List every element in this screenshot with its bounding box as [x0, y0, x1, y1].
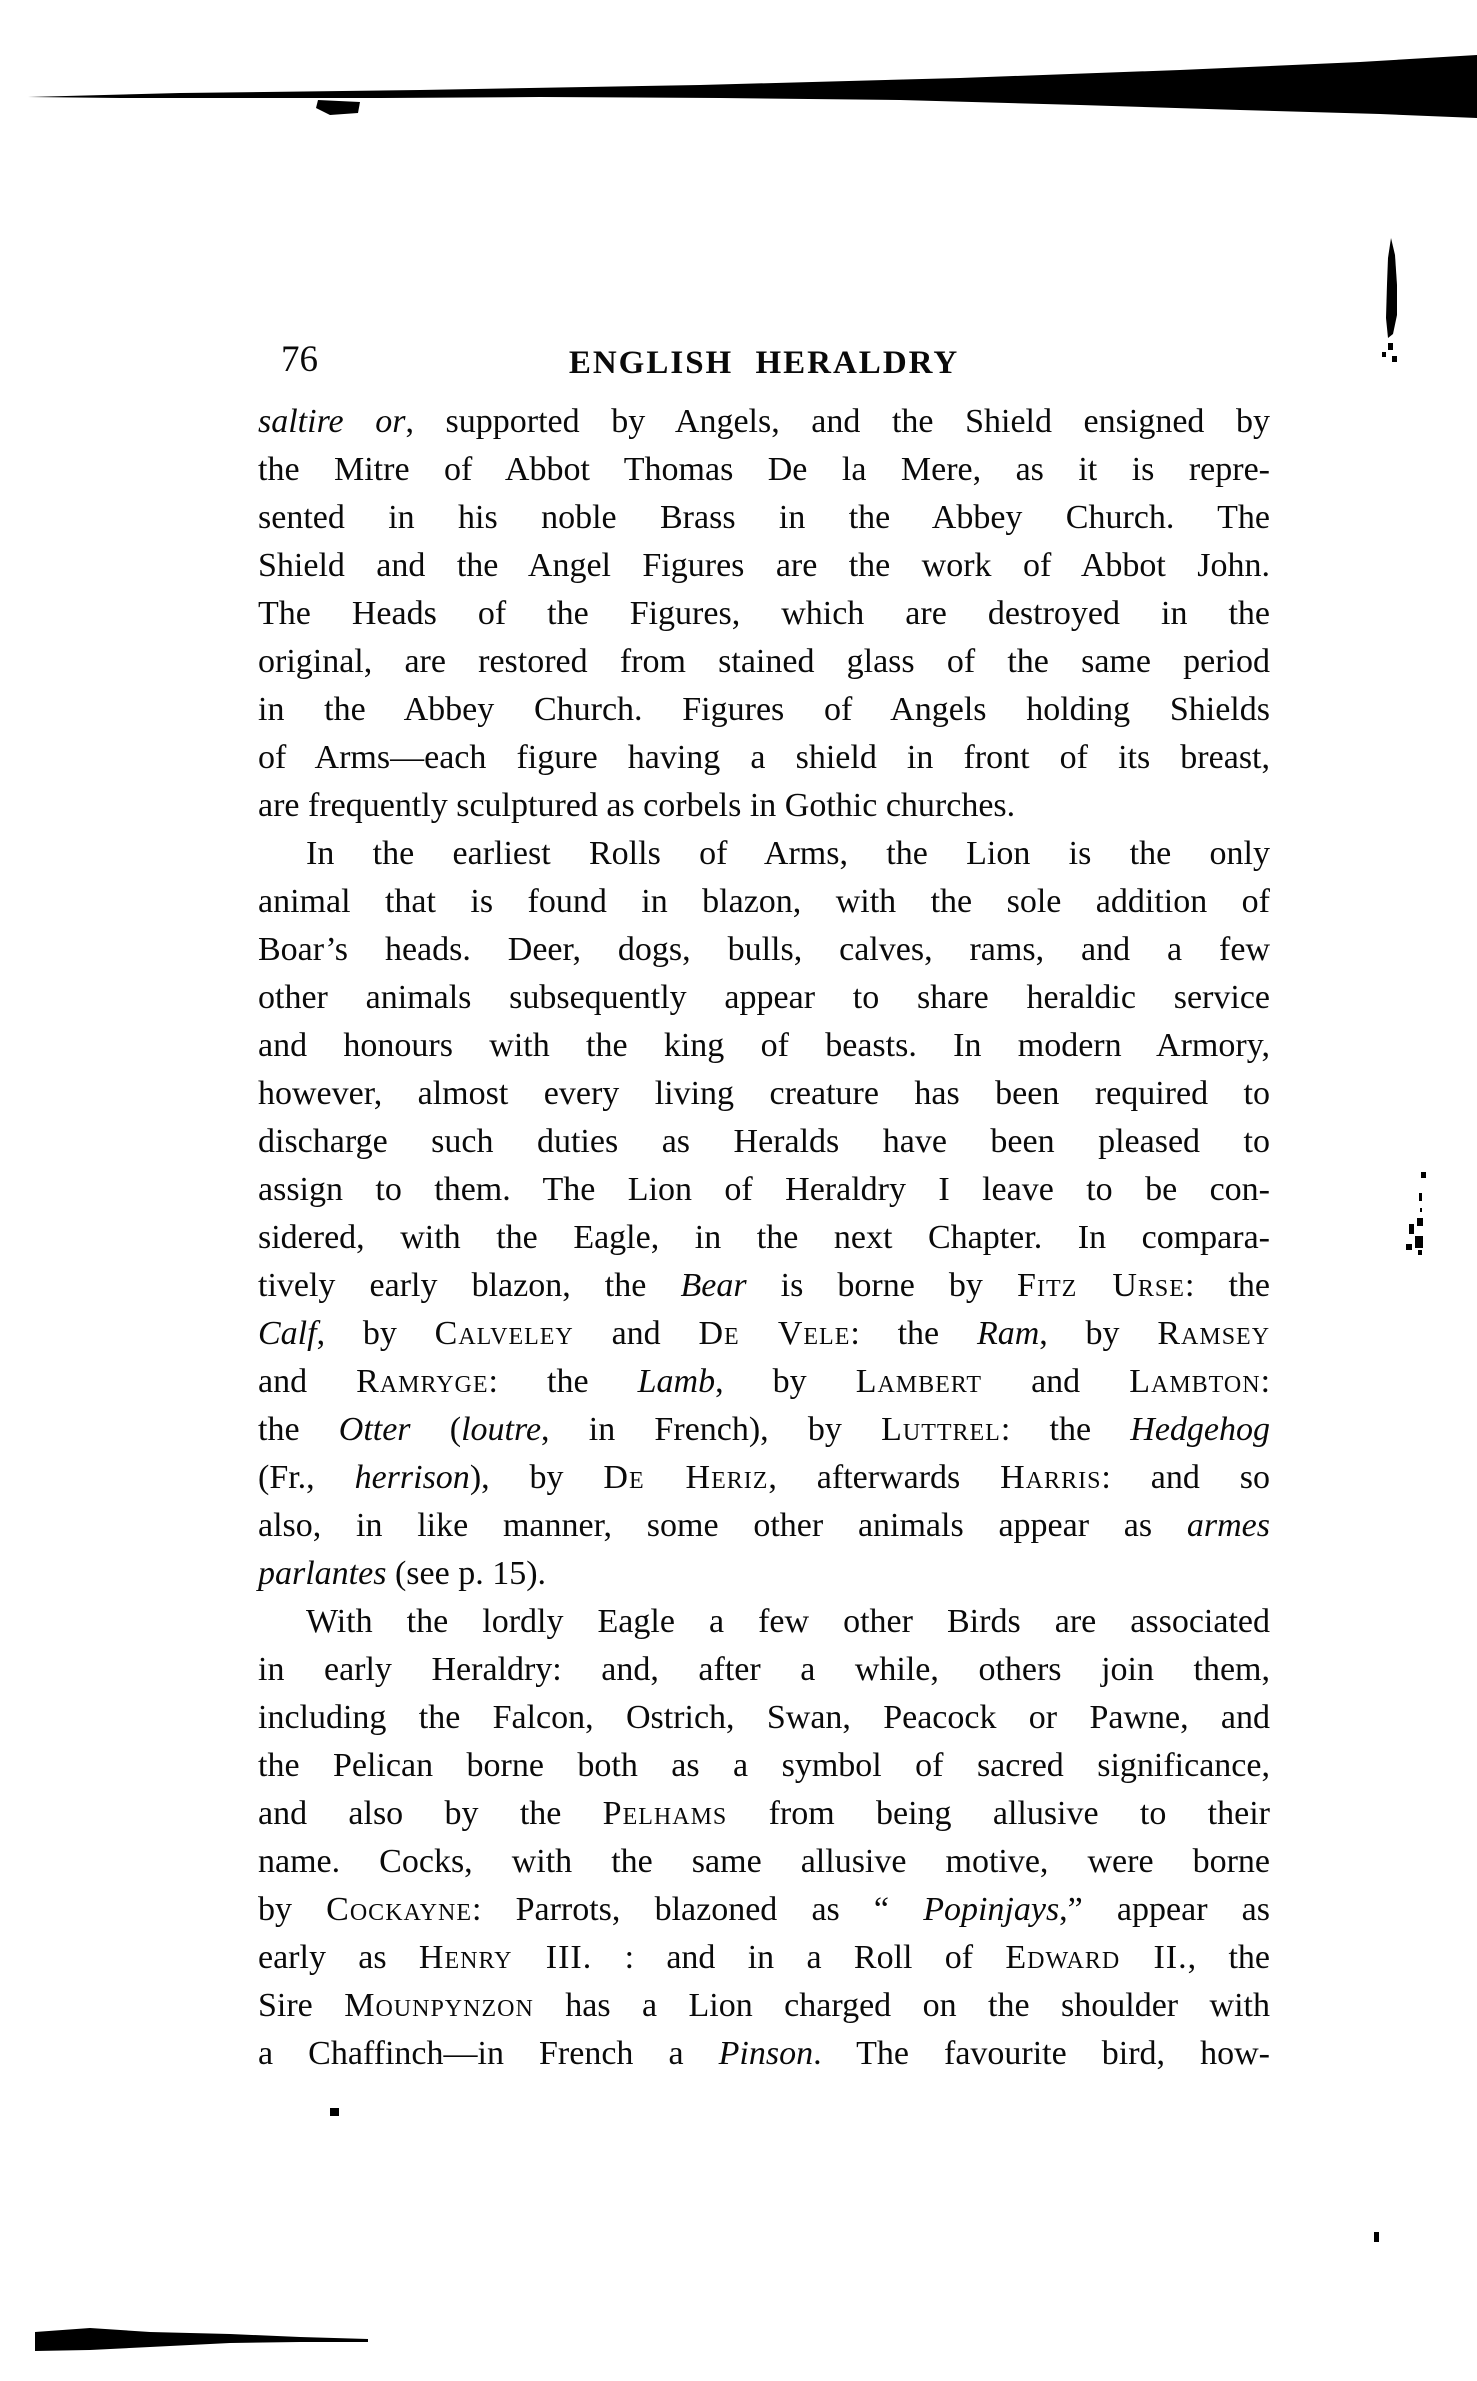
text-block: saltire or, supported by Angels, and the…: [258, 398, 1270, 2078]
text-line: Shield and the Angel Figures are the wor…: [258, 542, 1270, 590]
text-line: also, in like manner, some other animals…: [258, 1502, 1270, 1550]
text-line: parlantes (see p. 15).: [258, 1550, 1270, 1598]
text-line: sented in his noble Brass in the Abbey C…: [258, 494, 1270, 542]
text-line: original, are restored from stained glas…: [258, 638, 1270, 686]
running-title: ENGLISH HERALDRY: [258, 341, 1270, 385]
text-line: In the earliest Rolls of Arms, the Lion …: [258, 830, 1270, 878]
text-line: however, almost every living creature ha…: [258, 1070, 1270, 1118]
text-line: sidered, with the Eagle, in the next Cha…: [258, 1214, 1270, 1262]
margin-streak: [1386, 238, 1397, 338]
text-line: and also by the Pelhams from being allus…: [258, 1790, 1270, 1838]
text-line: animal that is found in blazon, with the…: [258, 878, 1270, 926]
text-line: Sire Mounpynzon has a Lion charged on th…: [258, 1982, 1270, 2030]
text-line: and honours with the king of beasts. In …: [258, 1022, 1270, 1070]
text-line: in the Abbey Church. Figures of Angels h…: [258, 686, 1270, 734]
text-line: the Otter (loutre, in French), by Luttre…: [258, 1406, 1270, 1454]
text-line: of Arms—each figure having a shield in f…: [258, 734, 1270, 782]
text-line: early as Henry III. : and in a Roll of E…: [258, 1934, 1270, 1982]
text-line: discharge such duties as Heralds have be…: [258, 1118, 1270, 1166]
text-line: the Pelican borne both as a symbol of sa…: [258, 1742, 1270, 1790]
text-line: in early Heraldry: and, after a while, o…: [258, 1646, 1270, 1694]
text-line: by Cockayne: Parrots, blazoned as “ Popi…: [258, 1886, 1270, 1934]
text-line: name. Cocks, with the same allusive moti…: [258, 1838, 1270, 1886]
text-line: saltire or, supported by Angels, and the…: [258, 398, 1270, 446]
text-line: With the lordly Eagle a few other Birds …: [258, 1598, 1270, 1646]
text-line: and Ramryge: the Lamb, by Lambert and La…: [258, 1358, 1270, 1406]
text-line: the Mitre of Abbot Thomas De la Mere, as…: [258, 446, 1270, 494]
text-line: a Chaffinch—in French a Pinson. The favo…: [258, 2030, 1270, 2078]
text-line: (Fr., herrison), by De Heriz, afterwards…: [258, 1454, 1270, 1502]
book-page: 76 ENGLISH HERALDRY saltire or, supporte…: [0, 0, 1477, 2381]
top-edge-shadow: [28, 55, 1477, 118]
text-line: are frequently sculptured as corbels in …: [258, 782, 1270, 830]
text-line: including the Falcon, Ostrich, Swan, Pea…: [258, 1694, 1270, 1742]
text-line: other animals subsequently appear to sha…: [258, 974, 1270, 1022]
bottom-ink-bar: [35, 2328, 368, 2351]
text-line: Calf, by Calveley and De Vele: the Ram, …: [258, 1310, 1270, 1358]
text-line: The Heads of the Figures, which are dest…: [258, 590, 1270, 638]
text-line: Boar’s heads. Deer, dogs, bulls, calves,…: [258, 926, 1270, 974]
text-line: tively early blazon, the Bear is borne b…: [258, 1262, 1270, 1310]
text-line: assign to them. The Lion of Heraldry I l…: [258, 1166, 1270, 1214]
